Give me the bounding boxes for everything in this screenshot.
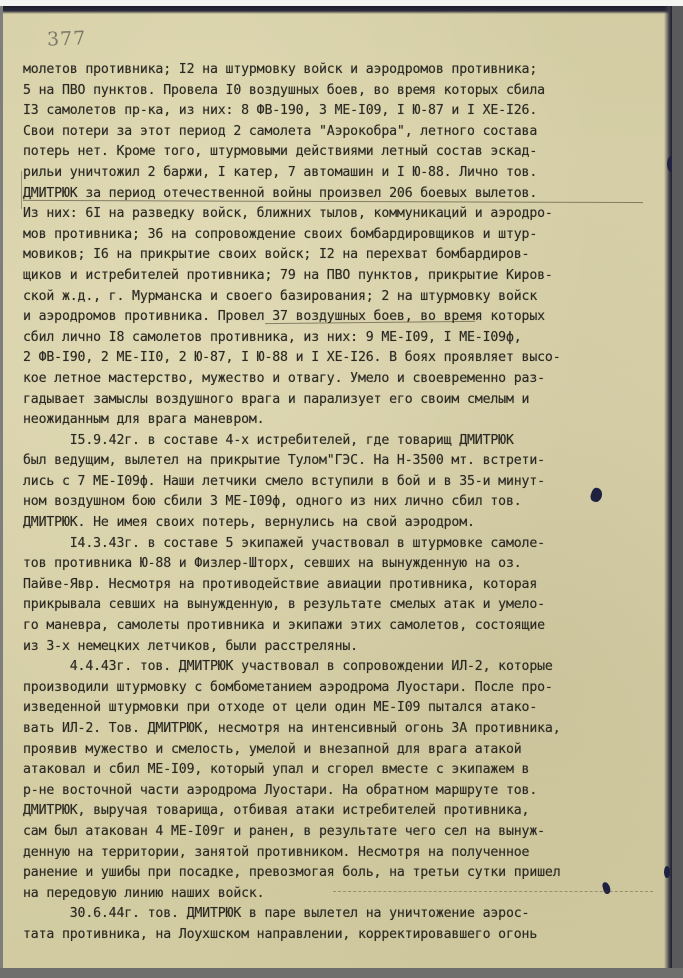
- pencil-dash-line: [333, 891, 653, 892]
- text-line: сбил лично I8 самолетов противника, из н…: [23, 328, 663, 349]
- text-line: 5 на ПВО пунктов. Провела I0 воздушных б…: [23, 81, 663, 102]
- text-line: потерь нет. Кроме того, штурмовыми дейст…: [23, 142, 663, 163]
- text-line: молетов противника; I2 на штурмовку войс…: [23, 60, 663, 81]
- text-line: производили штурмовку с бомбометанием аэ…: [23, 678, 663, 699]
- text-line: ской ж.д., г. Мурманска и своего базиров…: [23, 287, 663, 308]
- text-line: Пайве-Явр. Несмотря на противодействие а…: [23, 575, 663, 596]
- scan-right-margin: [672, 6, 683, 968]
- text-line: рильи уничтожил 2 баржи, I катер, 7 авто…: [23, 163, 663, 184]
- scan-bottom-margin: [0, 968, 683, 978]
- typewritten-text: молетов противника; I2 на штурмовку войс…: [23, 60, 663, 946]
- text-line: проявив мужество и смелость, умелой и вн…: [23, 740, 663, 761]
- text-line: Из них: 6I на разведку войск, ближних ты…: [23, 204, 663, 225]
- text-line: вать ИЛ-2. Тов. ДМИТРЮК, несмотря на инт…: [23, 719, 663, 740]
- text-line: Свои потери за этот период 2 самолета "А…: [23, 122, 663, 143]
- page-right-shadow: [664, 6, 672, 968]
- text-line: тов противника Ю-88 и Физлер-Шторх, севш…: [23, 554, 663, 575]
- text-line: на передовую линию наших войск.: [23, 884, 663, 905]
- margin-bracket: [21, 171, 22, 209]
- ink-blot: [667, 156, 672, 172]
- text-line: кое летное мастерство, мужество и отвагу…: [23, 369, 663, 390]
- text-line: прикрывала севших на вынужденную, в резу…: [23, 595, 663, 616]
- text-line: ДМИТРЮК. Не имея своих потерь, вернулись…: [23, 513, 663, 534]
- text-line: изведенной штурмовки при отходе от цели …: [23, 698, 663, 719]
- text-line: и аэродромов противника. Провел 37 возду…: [23, 307, 663, 328]
- text-line: денную на территории, занятой противнико…: [23, 843, 663, 864]
- archive-page-number: 377: [47, 27, 87, 50]
- text-line: сам был атакован 4 МЕ-I09г и ранен, в ре…: [23, 822, 663, 843]
- text-line: тата противника, на Лоухшском направлени…: [23, 925, 663, 946]
- text-line: из 3-х немецких летчиков, были расстреля…: [23, 637, 663, 658]
- text-line: ном воздушном бою сбили 3 МЕ-I09ф, одног…: [23, 492, 663, 513]
- ink-blot: [664, 866, 670, 878]
- document-page: 377 молетов противника; I2 на штурмовку …: [3, 6, 672, 968]
- text-line: I5.9.42г. в составе 4-х истребителей, гд…: [23, 431, 663, 452]
- text-line: неожиданным для врага маневром.: [23, 410, 663, 431]
- text-line: мовиков; I6 на прикрытие своих войск; I2…: [23, 245, 663, 266]
- text-line: I4.3.43г. в составе 5 экипажей участвова…: [23, 534, 663, 555]
- text-line: мов противника; 36 на сопровождение свои…: [23, 225, 663, 246]
- text-line: го маневра, самолеты противника и экипаж…: [23, 616, 663, 637]
- text-line: I3 самолетов пр-ка, из них: 8 ФВ-190, 3 …: [23, 101, 663, 122]
- text-line: 2 ФВ-I90, 2 МЕ-II0, 2 Ю-87, I Ю-88 и I Х…: [23, 348, 663, 369]
- page-top-shadow: [3, 6, 672, 14]
- text-line: гадывает замыслы воздушного врага и пара…: [23, 390, 663, 411]
- text-line: ранение и ушибы при посадке, превозмогая…: [23, 863, 663, 884]
- text-line: атаковал и сбил МЕ-I09, который упал и с…: [23, 760, 663, 781]
- text-line: 4.4.43г. тов. ДМИТРЮК участвовал в сопро…: [23, 657, 663, 678]
- text-line: был ведущим, вылетел на прикрытие Тулом"…: [23, 451, 663, 472]
- text-line: лись с 7 МЕ-I09ф. Наши летчики смело вст…: [23, 472, 663, 493]
- text-line: р-не восточной части аэродрома Луостари.…: [23, 781, 663, 802]
- text-line: ДМИТРЮК, выручая товарища, отбивая атаки…: [23, 801, 663, 822]
- text-line: щиков и истребителей противника; 79 на П…: [23, 266, 663, 287]
- text-line: 30.6.44г. тов. ДМИТРЮК в паре вылетел на…: [23, 904, 663, 925]
